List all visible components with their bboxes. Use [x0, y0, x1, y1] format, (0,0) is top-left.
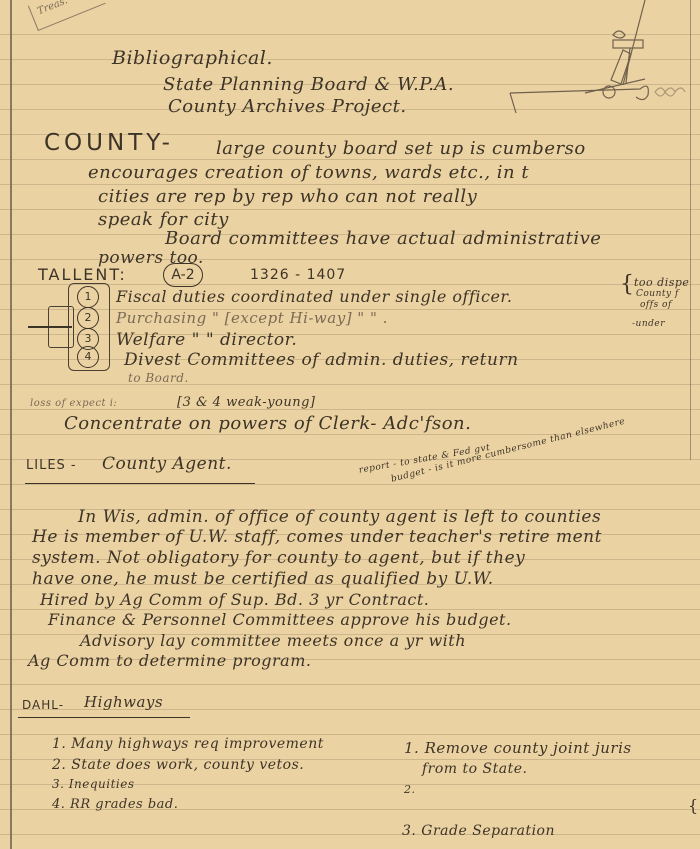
liles-heading: LILES - [26, 458, 77, 473]
tallent-side-note-3: offs of [640, 300, 672, 310]
liles-line-1: In Wis, admin. of office of county agent… [78, 507, 601, 527]
tallent-item-4: Divest Committees of admin. duties, retu… [124, 350, 519, 370]
liles-line-8: Ag Comm to determine program. [28, 651, 311, 670]
header-project: County Archives Project. [168, 96, 407, 117]
tallent-heading: TALLENT: [38, 265, 127, 284]
dahl-subtitle: Highways [84, 693, 163, 711]
dahl-right-item-2: 2. [404, 783, 416, 796]
tallent-bracket-note: [3 & 4 weak-young] [177, 395, 316, 410]
brace-mark-icon: { [688, 796, 699, 815]
liles-line-3: system. Not obligatory for county to age… [32, 548, 525, 568]
tallent-range: 1326 - 1407 [250, 267, 346, 283]
tallent-item-3: Welfare " " director. [116, 330, 297, 350]
brace-icon: { [620, 272, 635, 297]
tallent-num-2: 2 [77, 307, 99, 329]
liles-line-6: Finance & Personnel Committees approve h… [48, 610, 512, 629]
header-subtitle: State Planning Board & W.P.A. [163, 74, 454, 95]
tallent-side-note-4: -under [632, 319, 665, 329]
liles-line-7: Advisory lay committee meets once a yr w… [80, 631, 466, 650]
dahl-right-item-1-cont: from to State. [422, 761, 527, 777]
dahl-left-item-1: 1. Many highways req improvement [52, 736, 324, 752]
county-line-1: large county board set up is cumberso [216, 138, 586, 159]
stamp-text: Treas. [36, 0, 69, 17]
dahl-left-item-2: 2. State does work, county vetos. [52, 757, 304, 773]
tallent-item-4-continuation: to Board. [128, 371, 189, 385]
tallent-side-note-1: too dispe [634, 276, 689, 289]
tallent-faint-note: loss of expect i: [30, 398, 117, 409]
liles-underline [25, 483, 255, 484]
liles-line-4: have one, he must be certified as qualif… [32, 569, 494, 589]
county-line-2: encourages creation of towns, wards etc.… [88, 162, 529, 183]
dahl-right-item-3: 3. Grade Separation [402, 823, 555, 839]
liles-line-2: He is member of U.W. staff, comes under … [32, 527, 602, 547]
sketch-drawing-icon [505, 0, 700, 115]
liles-subtitle: County Agent. [102, 454, 232, 474]
notebook-page: Treas. Bibliographical. State Planning B… [0, 0, 700, 849]
dahl-left-item-3: 3. Inequities [52, 777, 135, 791]
tallent-conclusion: Concentrate on powers of Clerk- Adc'fson… [64, 413, 471, 434]
tallent-code-badge: A-2 [163, 263, 203, 287]
tallent-num-4: 4 [77, 346, 99, 368]
tallent-item-1: Fiscal duties coordinated under single o… [116, 287, 512, 306]
liles-line-5: Hired by Ag Comm of Sup. Bd. 3 yr Contra… [40, 590, 429, 609]
dahl-left-item-4: 4. RR grades bad. [52, 797, 178, 812]
county-line-4: speak for city [98, 209, 229, 230]
county-line-5: Board committees have actual administrat… [165, 228, 601, 249]
tallent-num-1: 1 [77, 286, 99, 308]
tallent-side-note-2: County f [636, 289, 679, 299]
dahl-heading: DAHL- [22, 698, 64, 712]
tallent-item-2: Purchasing " [except Hi-way] " " . [116, 309, 388, 327]
dahl-underline [18, 717, 190, 718]
county-heading: COUNTY- [44, 130, 174, 156]
stamp-mark: Treas. [28, 0, 106, 31]
left-margin-line [10, 0, 12, 849]
tallent-connector-line [28, 326, 72, 328]
dahl-right-item-1: 1. Remove county joint juris [404, 739, 632, 757]
header-title: Bibliographical. [112, 47, 273, 69]
county-line-3: cities are rep by rep who can not really [98, 186, 477, 207]
